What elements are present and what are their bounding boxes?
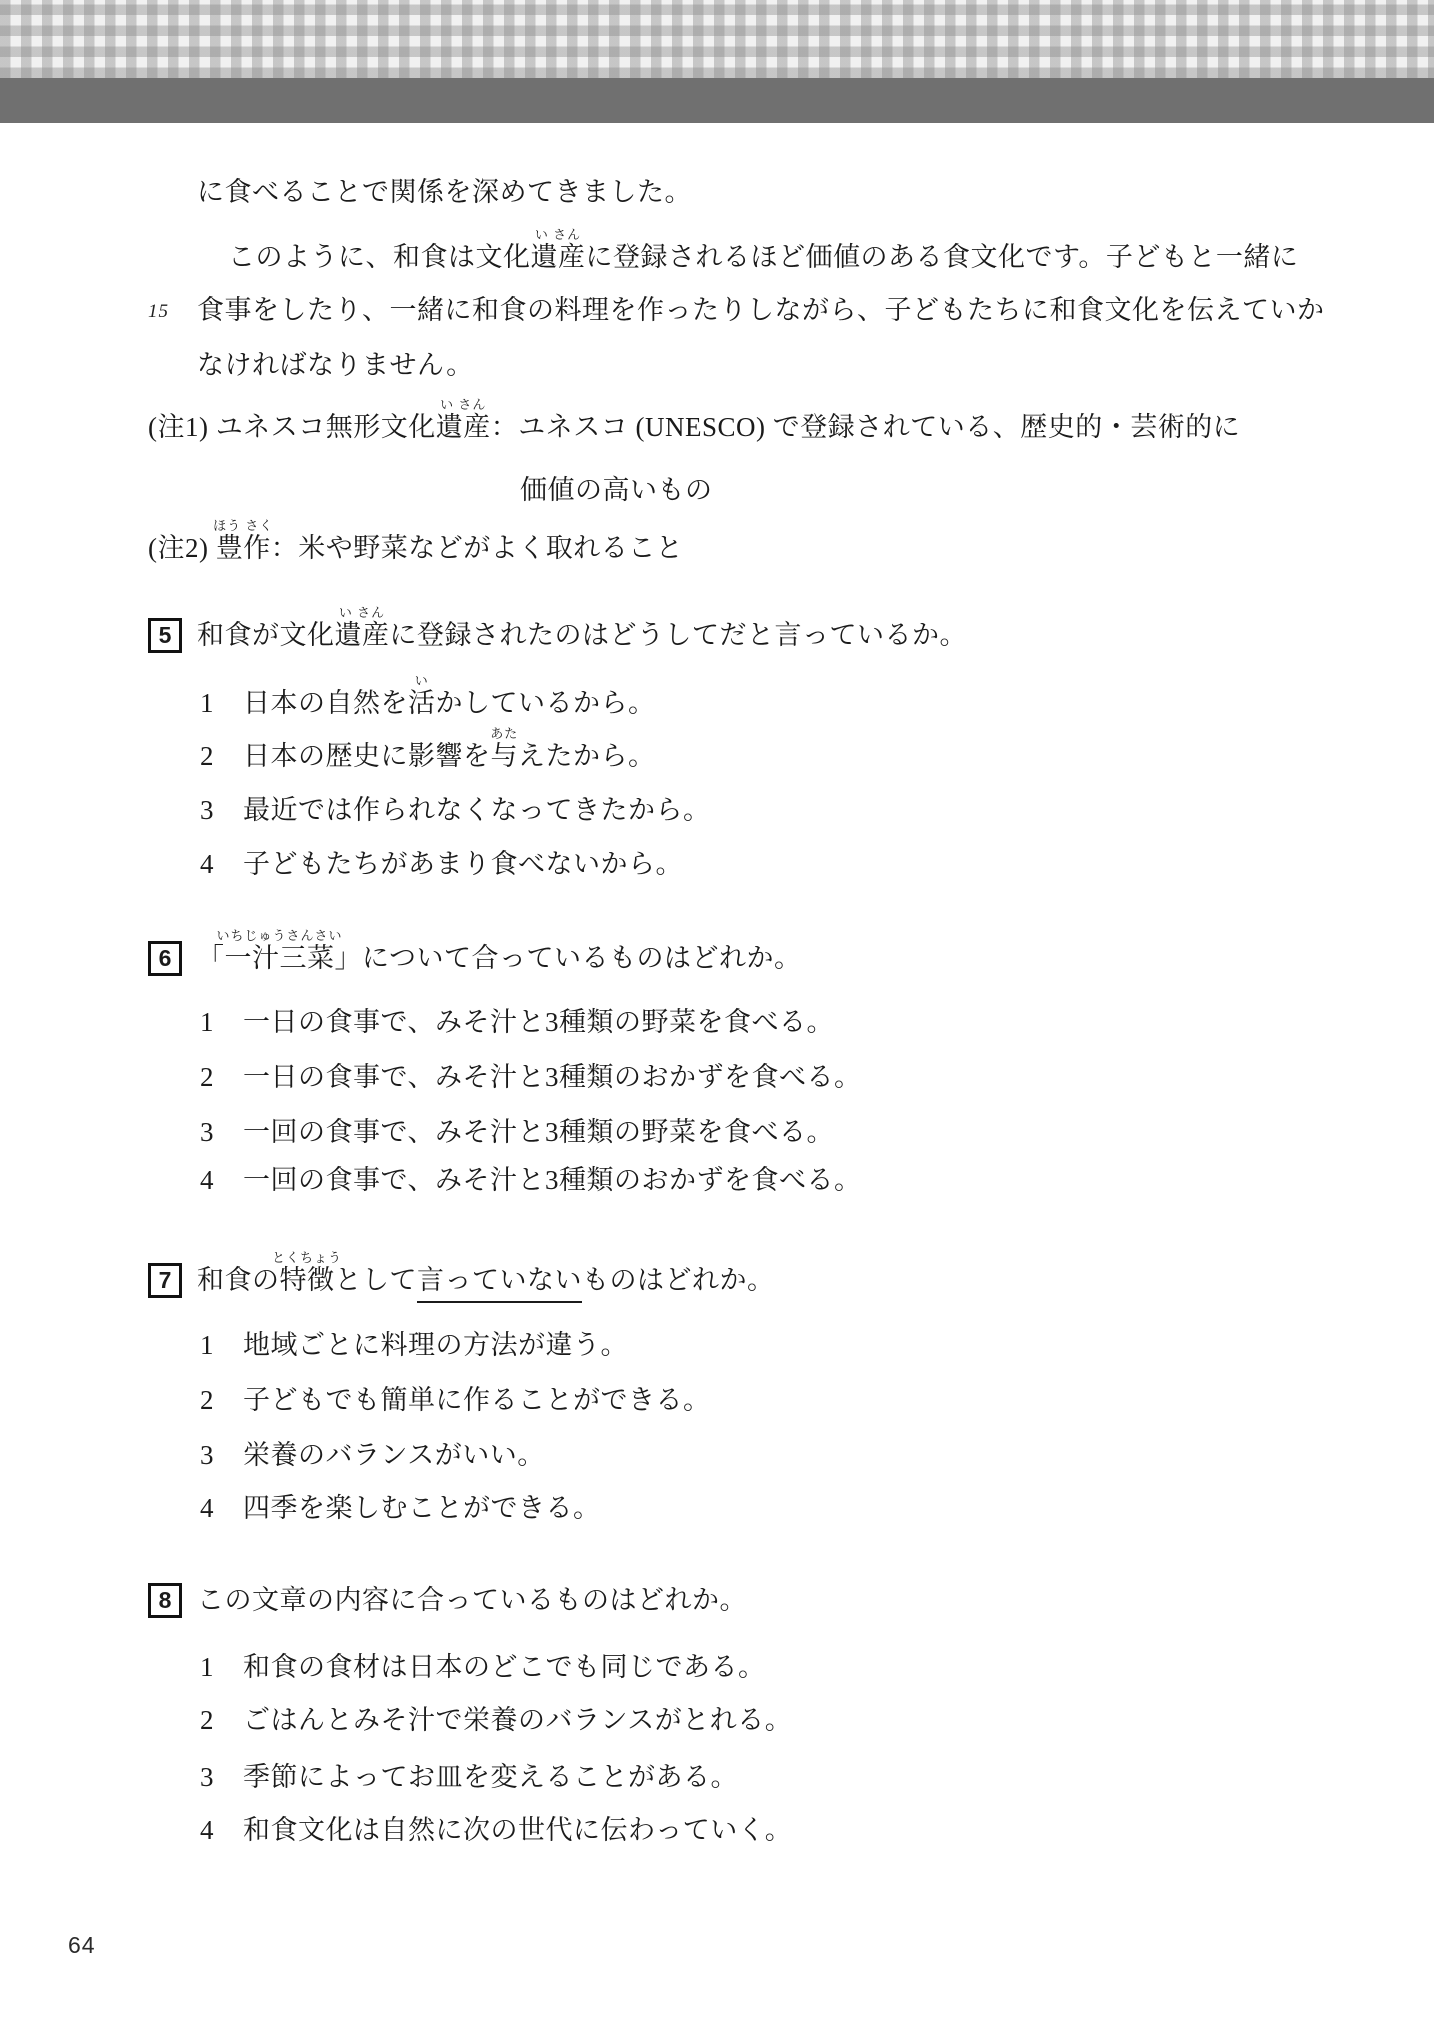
q5-option-2-pre: 日本の歴史に影響を [243, 741, 491, 771]
q5-option-3-number: 3 [200, 792, 243, 828]
furigana-isan: い さん [440, 398, 486, 411]
q7-option-1-number: 1 [200, 1327, 243, 1363]
q6-option-2-number: 2 [200, 1059, 243, 1095]
q8-option-3-number: 3 [200, 1759, 243, 1795]
furigana-ataeru: あた [490, 727, 518, 740]
q6-option-2-text: 一日の食事で、みそ汁と3種類のおかずを食べる。 [243, 1062, 861, 1092]
question-8-number-box: 8 [148, 1583, 182, 1618]
ruby-isan: 遺産い さん [335, 620, 390, 650]
note-1-line-2: 価値の高いもの [520, 472, 713, 508]
passage-line-4-text: なければなりません。 [197, 350, 474, 380]
q8-option-4: 4和食文化は自然に次の世代に伝わっていく。 [200, 1812, 792, 1848]
q6-pre: 「 [197, 943, 225, 973]
passage-line-2-pre: このように、和食は文化 [228, 242, 531, 272]
q6-option-1: 1一日の食事で、みそ汁と3種類の野菜を食べる。 [200, 1004, 834, 1040]
line-number-15: 15 [148, 301, 169, 323]
q6-option-3-text: 一回の食事で、みそ汁と3種類の野菜を食べる。 [243, 1117, 834, 1147]
q7-option-2: 2子どもでも簡単に作ることができる。 [200, 1382, 711, 1418]
question-6-number-box: 6 [148, 941, 182, 976]
q8-option-2-number: 2 [200, 1702, 243, 1738]
q5-pre: 和食が文化 [197, 620, 335, 650]
q6-option-3: 3一回の食事で、みそ汁と3種類の野菜を食べる。 [200, 1114, 834, 1150]
q5-option-4-text: 子どもたちがあまり食べないから。 [243, 849, 683, 879]
q5-post: に登録されたのはどうしてだと言っているか。 [390, 620, 968, 650]
question-7-number-box: 7 [148, 1263, 182, 1298]
gingham-pattern-banner [0, 0, 1434, 78]
furigana-isan: い さん [535, 228, 581, 241]
q8-option-1: 1和食の食材は日本のどこでも同じである。 [200, 1649, 766, 1685]
furigana-tokuchou: とくちょう [272, 1251, 342, 1264]
question-5-number-box: 5 [148, 618, 182, 653]
q6-option-4: 4一回の食事で、みそ汁と3種類のおかずを食べる。 [200, 1162, 861, 1198]
passage-line-3: 食事をしたり、一緒に和食の料理を作ったりしながら、子どもたちに和食文化を伝えてい… [197, 292, 1325, 328]
note-1-line-2-text: 価値の高いもの [520, 475, 713, 505]
note-2-label: (注2) [148, 533, 216, 563]
q5-option-1-pre: 日本の自然を [243, 688, 408, 718]
passage-line-1: に食べることで関係を深めてきました。 [197, 174, 692, 210]
ruby-housaku: 豊作ほう さく [216, 533, 271, 563]
ruby-ataeru: 与あた [491, 741, 519, 771]
ruby-isan: 遺産い さん [436, 412, 491, 442]
ruby-ikasu: 活い [408, 688, 436, 718]
q7-option-3: 3栄養のバランスがいい。 [200, 1437, 545, 1473]
question-6-header: 6「一汁三菜いちじゅうさんさい」について合っているものはどれか。 [197, 940, 801, 976]
note-1-pre: ユネスコ無形文化 [216, 412, 436, 442]
page-number: 64 [68, 1932, 96, 1959]
q6-option-1-text: 一日の食事で、みそ汁と3種類の野菜を食べる。 [243, 1007, 834, 1037]
q7-pre: 和食の [197, 1265, 280, 1295]
q8-option-1-text: 和食の食材は日本のどこでも同じである。 [243, 1652, 766, 1682]
gray-title-bar [0, 78, 1434, 123]
q7-underlined-phrase: 言っていない [417, 1265, 582, 1303]
q7-option-3-text: 栄養のバランスがいい。 [243, 1440, 545, 1470]
furigana-ichijusansai: いちじゅうさんさい [216, 929, 342, 942]
q5-option-3: 3最近では作られなくなってきたから。 [200, 792, 711, 828]
q5-option-4: 4子どもたちがあまり食べないから。 [200, 846, 683, 882]
furigana-isan: い さん [339, 606, 385, 619]
q5-option-1-post: かしているから。 [436, 688, 656, 718]
question-5-header: 5和食が文化遺産い さんに登録されたのはどうしてだと言っているか。 [197, 617, 967, 653]
ruby-ichijusansai: 一汁三菜いちじゅうさんさい [225, 943, 335, 973]
q6-option-4-text: 一回の食事で、みそ汁と3種類のおかずを食べる。 [243, 1165, 861, 1195]
q5-option-3-text: 最近では作られなくなってきたから。 [243, 795, 711, 825]
q7-mid: として [335, 1265, 418, 1295]
passage-line-3-text: 食事をしたり、一緒に和食の料理を作ったりしながら、子どもたちに和食文化を伝えてい… [197, 295, 1325, 325]
q7-post: ものはどれか。 [582, 1265, 775, 1295]
q5-option-2-post: えたから。 [518, 741, 656, 771]
ruby-isan: 遺産い さん [531, 242, 586, 272]
q7-option-1-text: 地域ごとに料理の方法が違う。 [243, 1330, 628, 1360]
q8-option-3: 3季節によってお皿を変えることがある。 [200, 1759, 738, 1795]
note-2: (注2) 豊作ほう さく：米や野菜などがよく取れること [148, 530, 683, 566]
q8-option-2: 2ごはんとみそ汁で栄養のバランスがとれる。 [200, 1702, 792, 1738]
q6-post: 」について合っているものはどれか。 [335, 943, 802, 973]
q7-option-3-number: 3 [200, 1437, 243, 1473]
q7-option-4: 4四季を楽しむことができる。 [200, 1490, 601, 1526]
q8-option-3-text: 季節によってお皿を変えることがある。 [243, 1762, 738, 1792]
q5-option-4-number: 4 [200, 846, 243, 882]
q7-option-1: 1地域ごとに料理の方法が違う。 [200, 1327, 628, 1363]
q6-option-4-number: 4 [200, 1162, 243, 1198]
note-1-label: (注1) [148, 412, 216, 442]
note-1: (注1) ユネスコ無形文化遺産い さん：ユネスコ (UNESCO) で登録されて… [148, 409, 1240, 445]
q5-option-2: 2日本の歴史に影響を与あたえたから。 [200, 738, 656, 774]
q7-option-2-text: 子どもでも簡単に作ることができる。 [243, 1385, 711, 1415]
question-8-header: 8この文章の内容に合っているものはどれか。 [197, 1582, 747, 1618]
note-1-post: ：ユネスコ (UNESCO) で登録されている、歴史的・芸術的に [491, 412, 1241, 442]
passage-line-2: このように、和食は文化遺産い さんに登録されるほど価値のある食文化です。子どもと… [228, 239, 1298, 275]
q7-option-2-number: 2 [200, 1382, 243, 1418]
q5-option-1: 1日本の自然を活いかしているから。 [200, 685, 656, 721]
passage-line-4: なければなりません。 [197, 347, 474, 383]
q8-text: この文章の内容に合っているものはどれか。 [197, 1585, 747, 1615]
q6-option-1-number: 1 [200, 1004, 243, 1040]
q8-option-4-text: 和食文化は自然に次の世代に伝わっていく。 [243, 1815, 792, 1845]
question-7-header: 7和食の特徴とくちょうとして言っていないものはどれか。 [197, 1262, 775, 1298]
q7-option-4-number: 4 [200, 1490, 243, 1526]
q8-option-4-number: 4 [200, 1812, 243, 1848]
q5-option-1-number: 1 [200, 685, 243, 721]
q6-option-2: 2一日の食事で、みそ汁と3種類のおかずを食べる。 [200, 1059, 861, 1095]
q6-option-3-number: 3 [200, 1114, 243, 1150]
passage-line-2-post: に登録されるほど価値のある食文化です。子どもと一緒に [586, 242, 1299, 272]
q8-option-1-number: 1 [200, 1649, 243, 1685]
q5-option-2-number: 2 [200, 738, 243, 774]
furigana-ikasu: い [415, 674, 429, 687]
passage-line-1-text: に食べることで関係を深めてきました。 [197, 177, 692, 207]
ruby-tokuchou: 特徴とくちょう [280, 1265, 335, 1295]
note-2-post: ：米や野菜などがよく取れること [271, 533, 684, 563]
q8-option-2-text: ごはんとみそ汁で栄養のバランスがとれる。 [243, 1705, 792, 1735]
furigana-housaku: ほう さく [213, 519, 273, 532]
q7-option-4-text: 四季を楽しむことができる。 [243, 1493, 601, 1523]
